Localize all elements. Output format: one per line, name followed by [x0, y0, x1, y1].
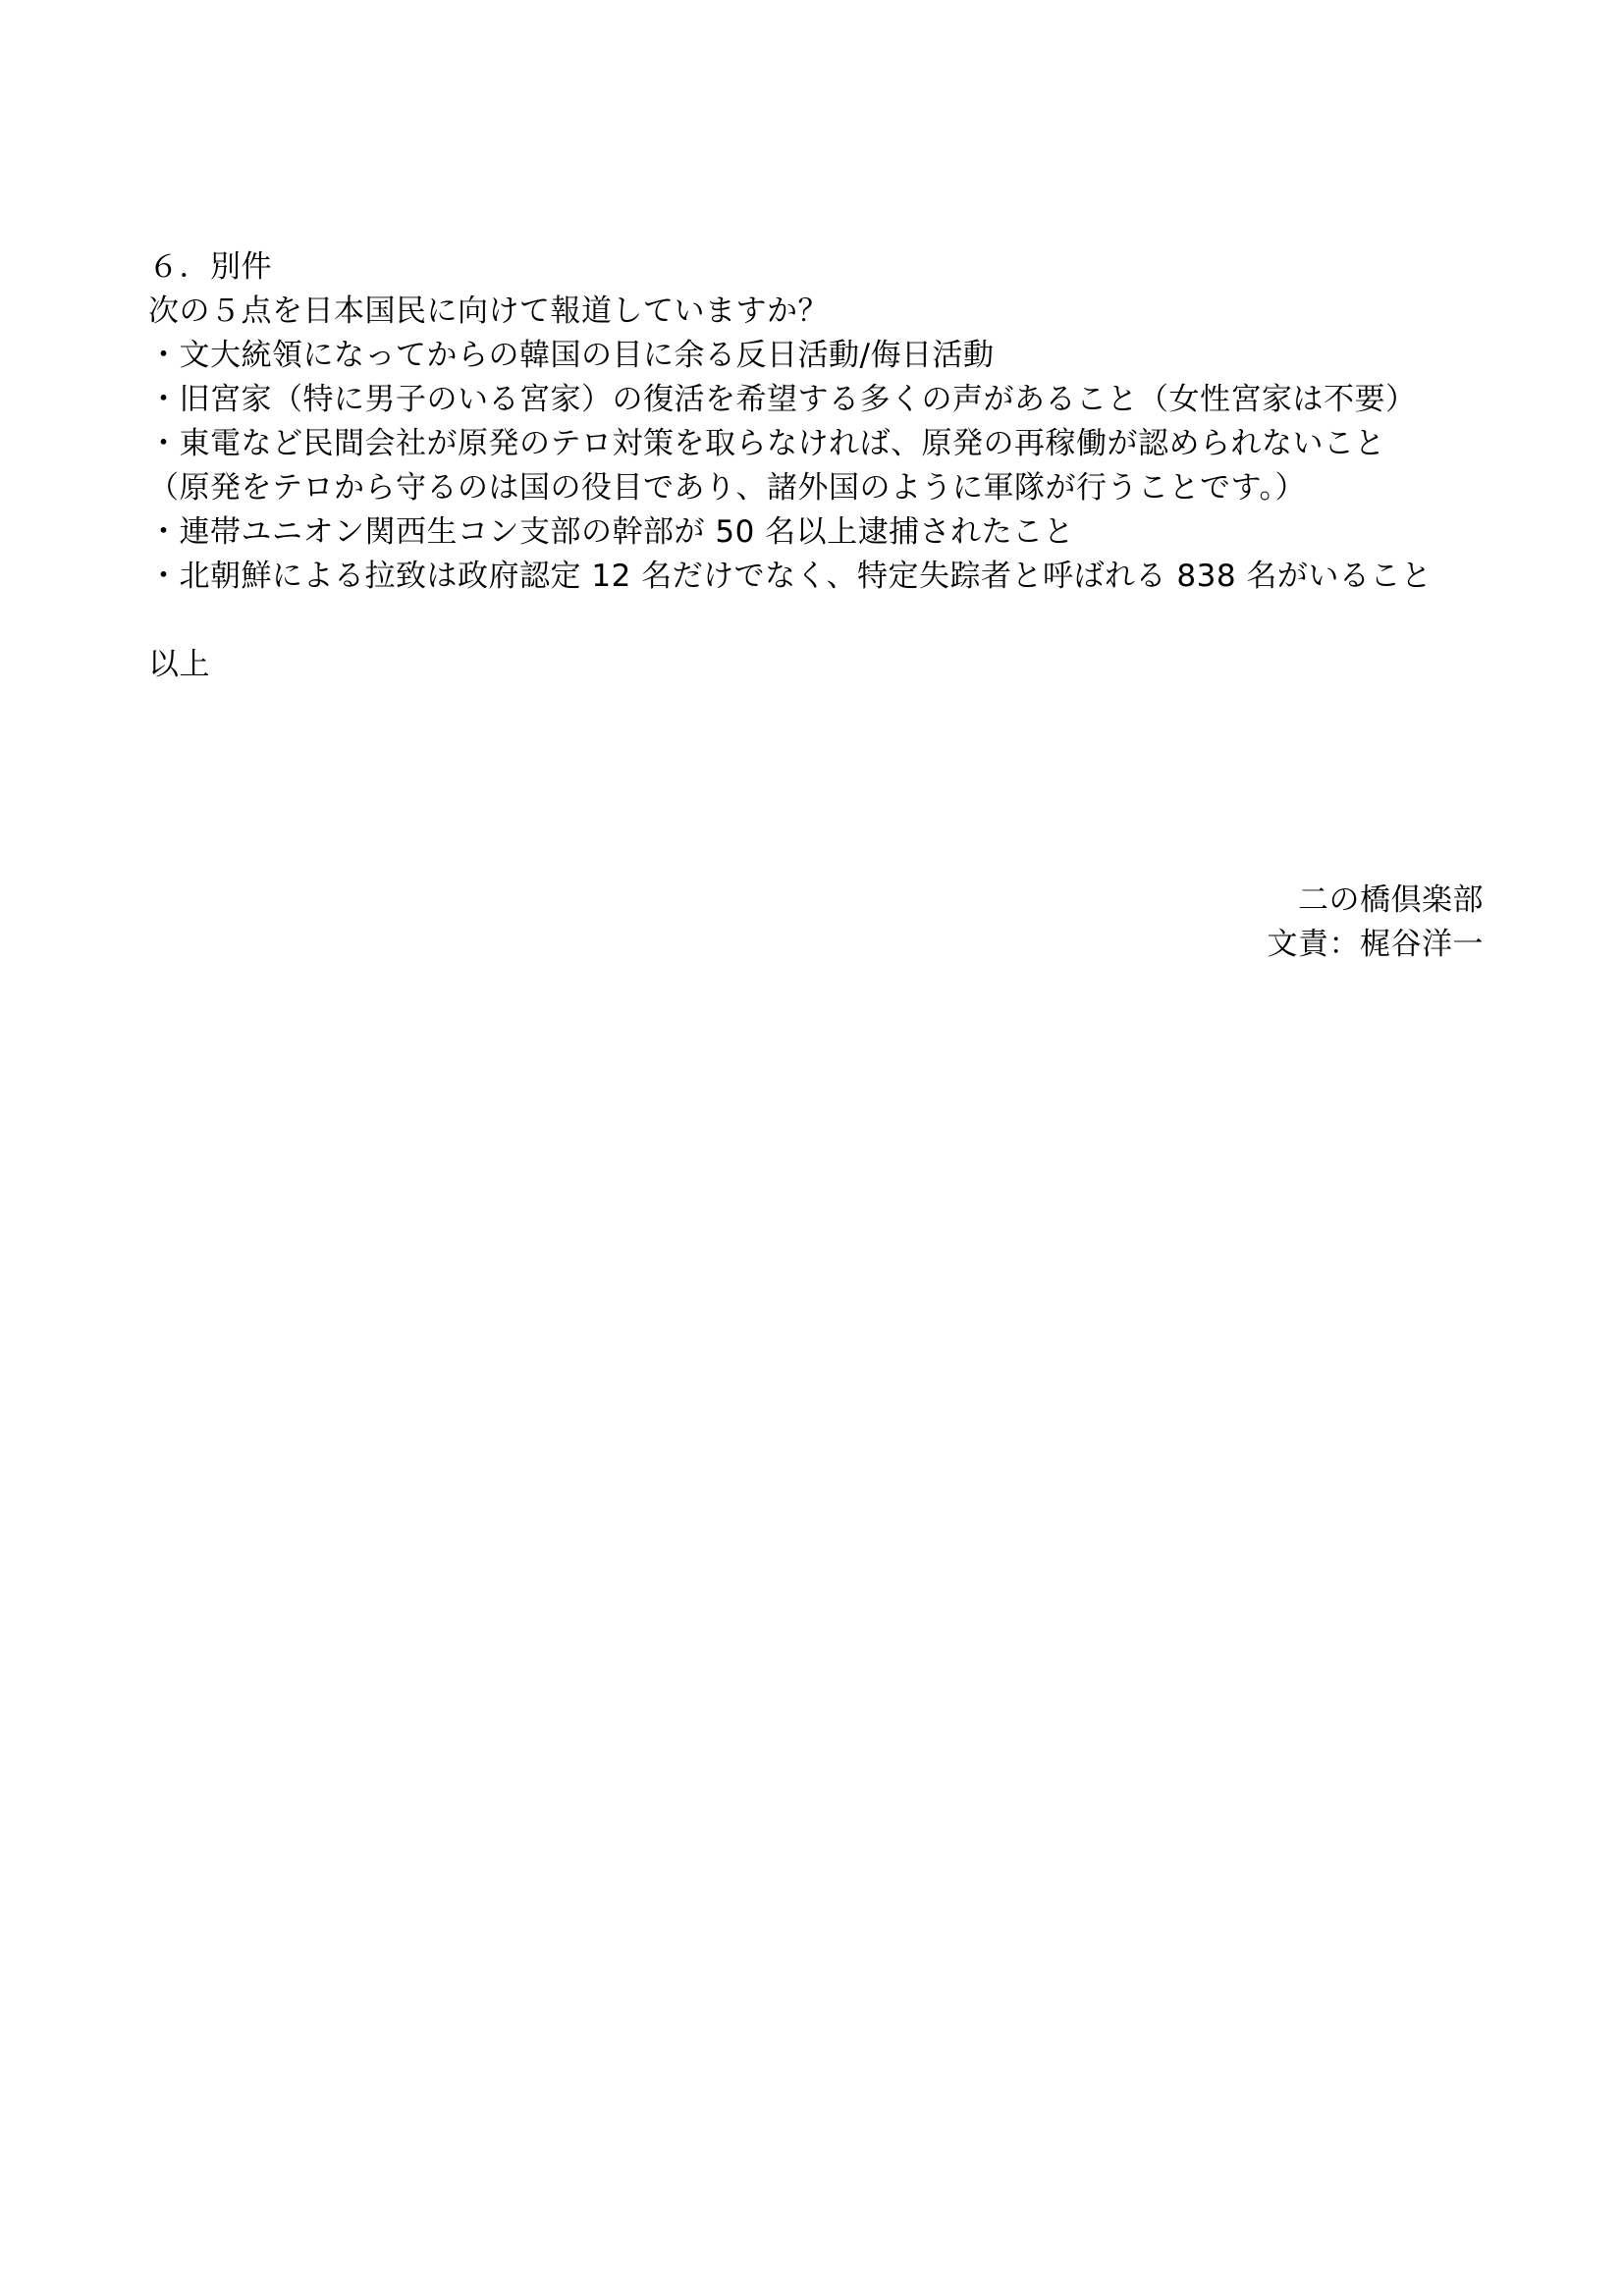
intro-question: 次の５点を日本国民に向けて報道していますか？ [148, 290, 1484, 334]
closing-text: 以上 [148, 643, 1484, 687]
list-item-3-note: （原発をテロから守るのは国の役目であり、諸外国のように軍隊が行うことです。） [148, 466, 1484, 510]
section-heading: ６．別件 [148, 245, 1484, 290]
spacer [148, 599, 1484, 643]
signature-block: 二の橋倶楽部 文責：梶谷洋一 [1268, 879, 1485, 967]
signature-author: 文責：梶谷洋一 [1268, 923, 1485, 967]
document-page: ６．別件 次の５点を日本国民に向けて報道していますか？ ・文大統領になってからの… [0, 0, 1623, 2296]
list-item-2: ・旧宮家（特に男子のいる宮家）の復活を希望する多くの声があること（女性宮家は不要… [148, 378, 1484, 422]
list-item-5: ・北朝鮮による拉致は政府認定 12 名だけでなく、特定失踪者と呼ばれる 838 … [148, 555, 1484, 599]
list-item-3: ・東電など民間会社が原発のテロ対策を取らなければ、原発の再稼働が認められないこと [148, 422, 1484, 466]
document-body: ６．別件 次の５点を日本国民に向けて報道していますか？ ・文大統領になってからの… [148, 245, 1484, 687]
list-item-1: ・文大統領になってからの韓国の目に余る反日活動/侮日活動 [148, 334, 1484, 378]
signature-organization: 二の橋倶楽部 [1268, 879, 1485, 923]
list-item-4: ・連帯ユニオン関西生コン支部の幹部が 50 名以上逮捕されたこと [148, 510, 1484, 555]
